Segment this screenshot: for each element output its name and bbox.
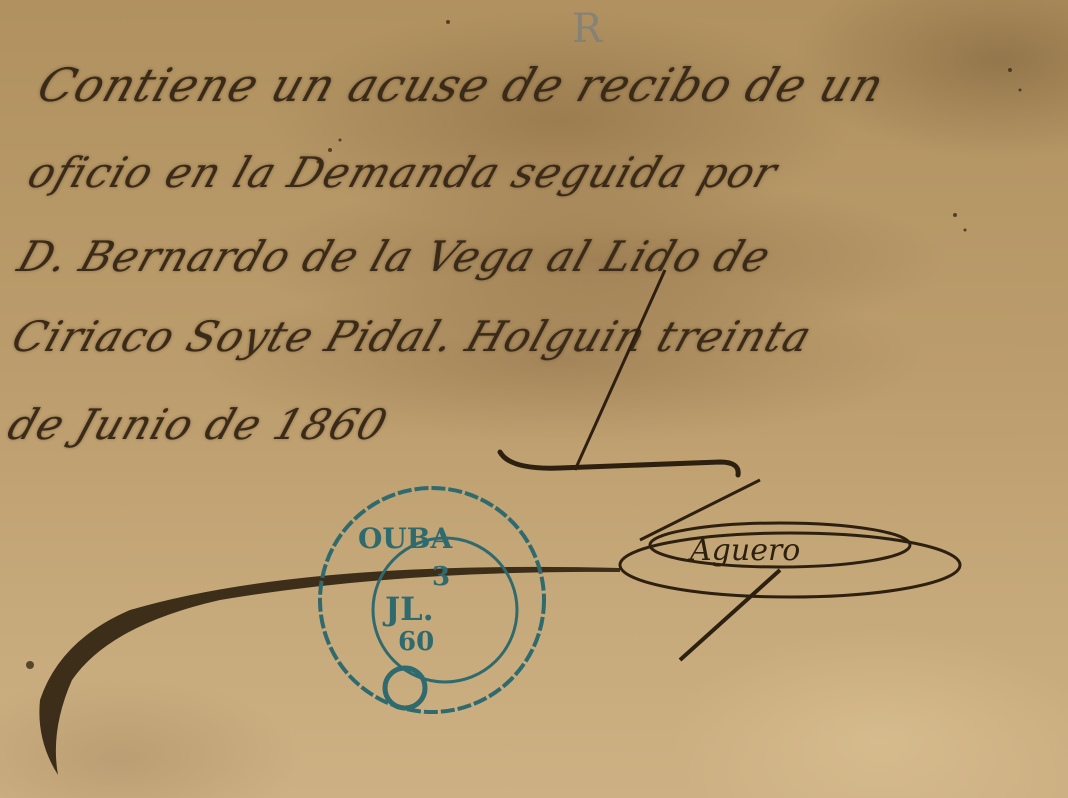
signature [620,480,960,660]
postmark-year: 60 [398,627,434,657]
pen-stroke [575,270,665,470]
postmark-month: JL. [382,590,434,628]
signature-text: Aguero [687,533,800,568]
document-scan: R Contiene un acuse de recibo de un ofic… [0,0,1068,798]
ink-overlay: OUBA 3 JL. 60 Aguero [0,0,1068,798]
postmark-day: 3 [432,562,450,592]
crescent-flourish [39,567,620,775]
postmark-top-text: OUBA [358,522,453,555]
underline-flourish [500,452,738,475]
